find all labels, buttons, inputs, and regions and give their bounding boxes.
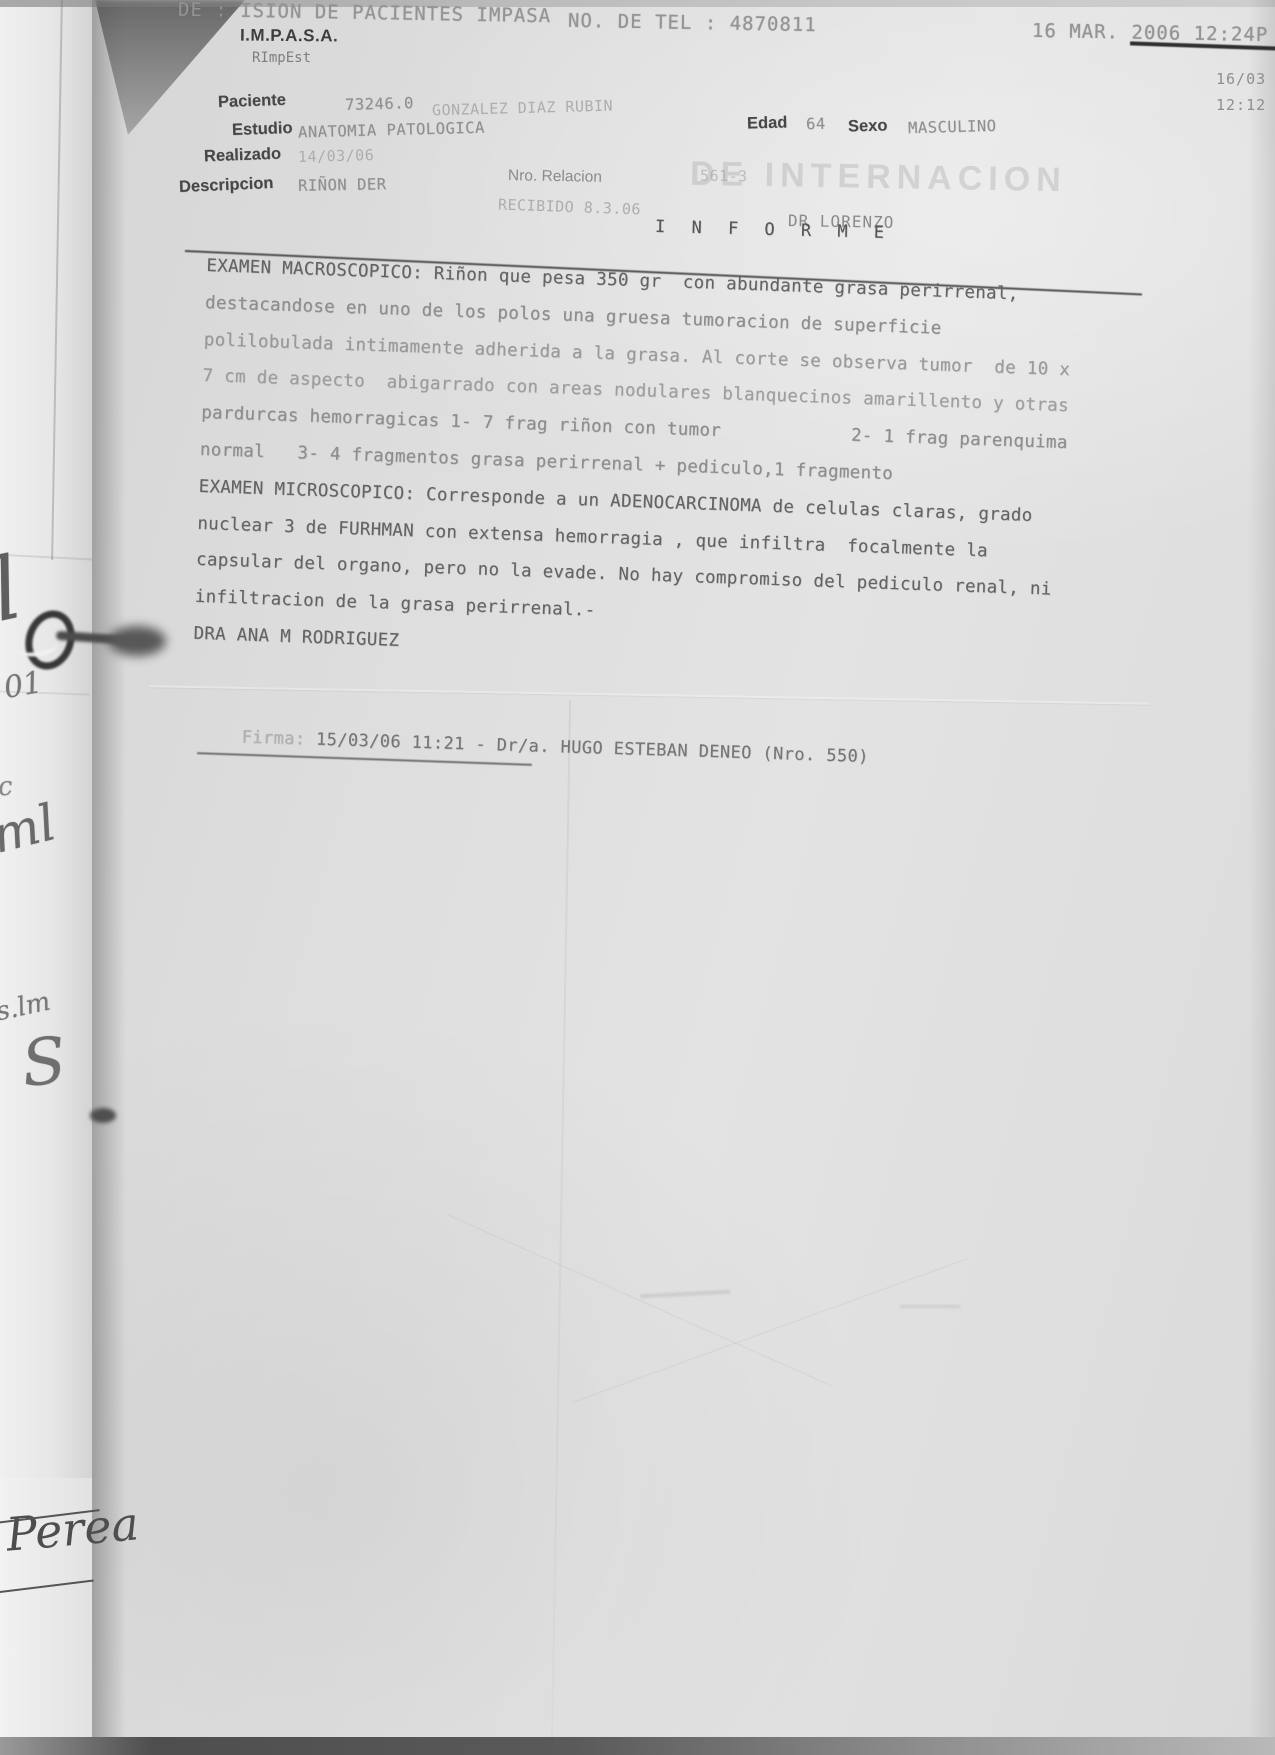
estudio-label: Estudio	[232, 119, 293, 140]
scan-right-shadow	[1248, 0, 1275, 1755]
edad-label: Edad	[747, 113, 788, 133]
organization-name: I.M.P.A.S.A.	[240, 26, 338, 47]
handwriting-mark: c	[0, 771, 14, 802]
printed-date: 16/03	[1216, 70, 1266, 88]
handwriting-letter-s: S	[18, 1024, 69, 1102]
scanned-fax-document: DE : ISION DE PACIENTES IMPASA NO. DE TE…	[0, 0, 1275, 1755]
handwriting-name: Perea	[4, 1496, 141, 1561]
sexo-label: Sexo	[848, 116, 888, 136]
paciente-number: 73246.0	[345, 94, 414, 114]
descripcion-value: RIÑON DER	[298, 175, 387, 195]
realizado-value: 14/03/06	[298, 146, 375, 166]
nro-relacion-label: Nro. Relacion	[508, 167, 602, 187]
sheet-left-shadow	[92, 0, 126, 1755]
scan-bottom-edge	[0, 1737, 1275, 1755]
fastener-shadow-blob	[108, 626, 166, 656]
signature-label: Firma:	[241, 727, 305, 749]
sexo-value: MASCULINO	[908, 117, 997, 137]
fax-tel-line: NO. DE TEL : 4870811	[568, 10, 817, 36]
printed-time: 12:12	[1216, 96, 1266, 114]
handwriting-number: 01	[1, 665, 45, 706]
signature-text: 15/03/06 11:21 - Dr/a. HUGO ESTEBAN DENE…	[316, 730, 869, 767]
paciente-label: Paciente	[218, 91, 286, 112]
realizado-label: Realizado	[204, 145, 282, 167]
edad-value: 64	[806, 115, 826, 134]
report-body: EXAMEN MACROSCOPICO: Riñon que pesa 350 …	[193, 248, 1167, 686]
ink-spot	[90, 1108, 116, 1123]
nro-relacion-value: 561-3	[700, 167, 748, 186]
system-code: RImpEst	[252, 50, 311, 66]
